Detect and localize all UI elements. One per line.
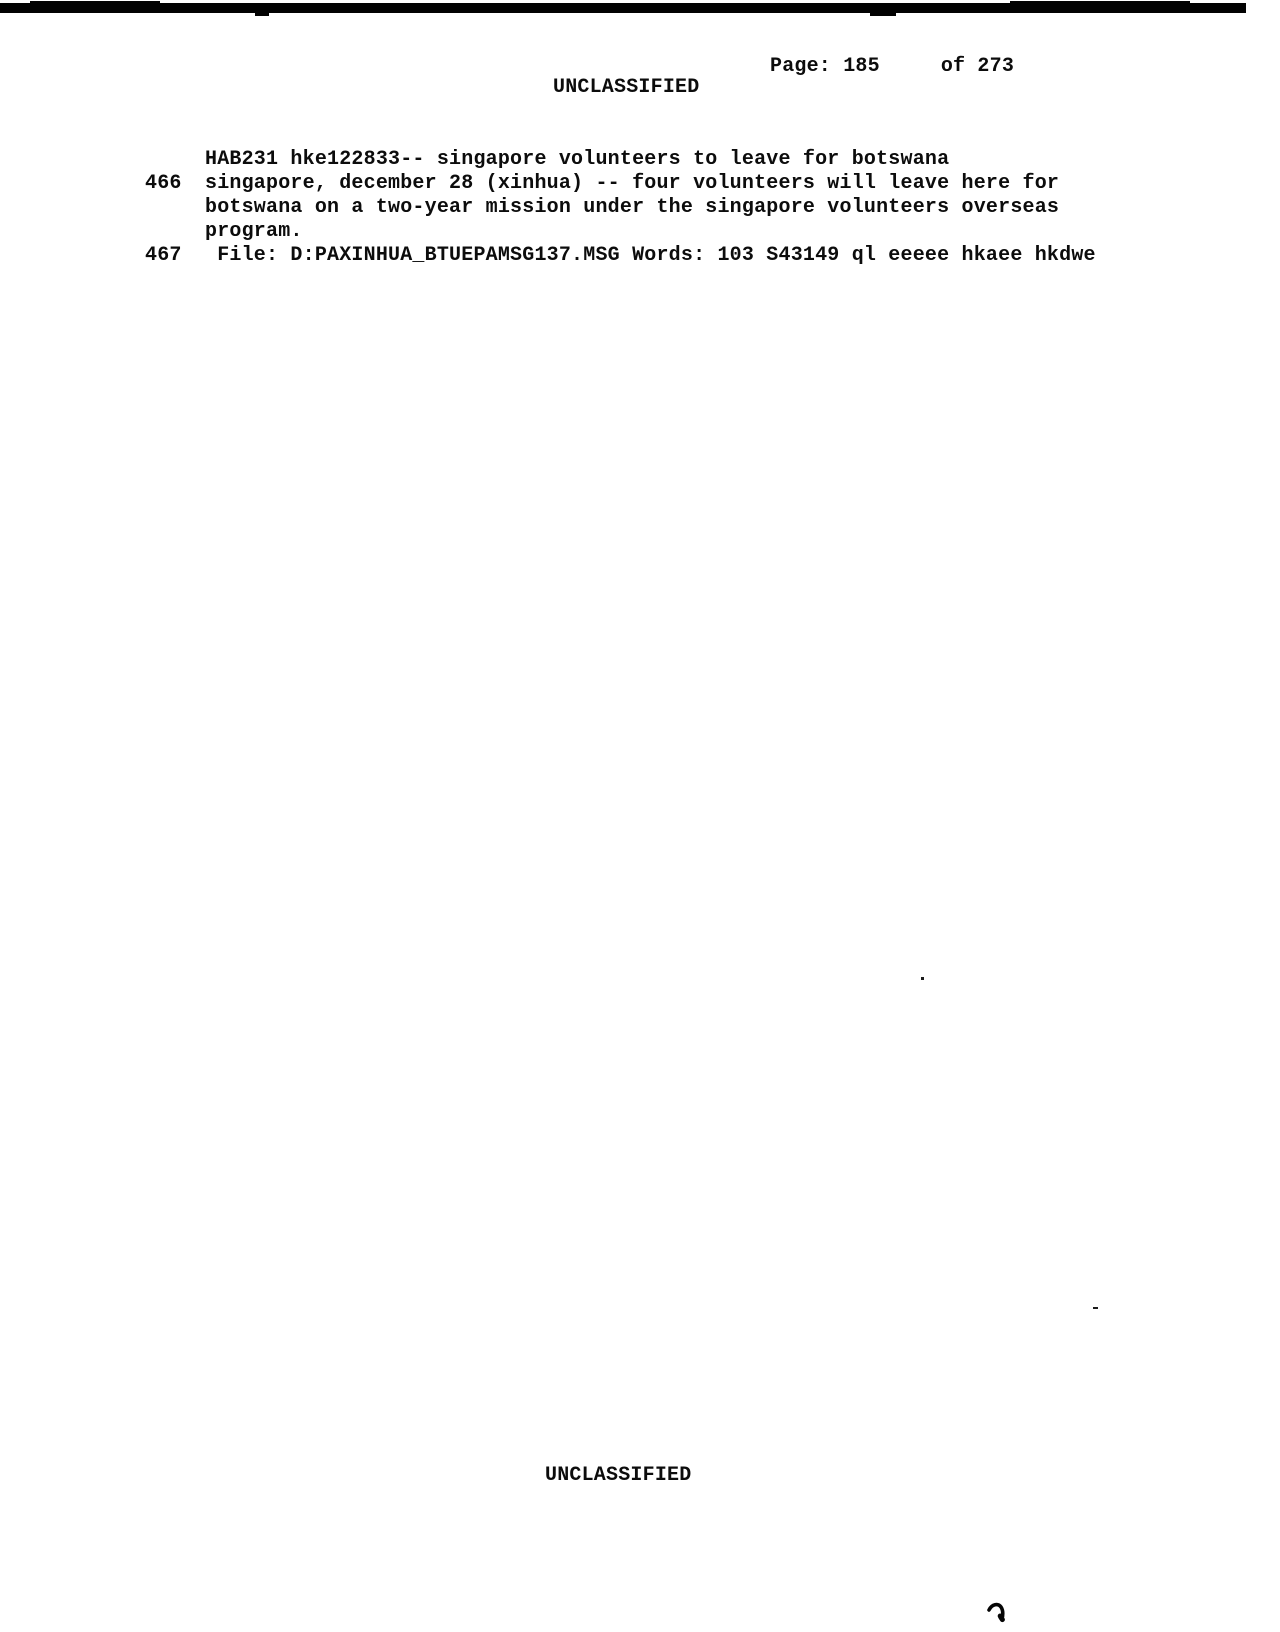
text-line: 466 singapore, december 28 (xinhua) -- f… xyxy=(145,172,1096,196)
line-text: File: D:PAXINHUA_BTUEPAMSG137.MSG Words:… xyxy=(205,244,1096,268)
line-number: 466 xyxy=(145,172,205,196)
redaction-bar-fragment xyxy=(870,13,896,16)
text-line: program. xyxy=(145,220,1096,244)
scan-speck xyxy=(921,977,924,980)
line-number xyxy=(145,148,205,172)
top-redaction-bar xyxy=(0,3,1246,13)
page-number-label: Page: 185 of 273 xyxy=(770,55,1014,78)
classification-footer: UNCLASSIFIED xyxy=(545,1464,691,1487)
pen-stroke-mark xyxy=(987,1601,1011,1623)
line-text: singapore, december 28 (xinhua) -- four … xyxy=(205,172,1059,196)
text-line: botswana on a two-year mission under the… xyxy=(145,196,1096,220)
line-text: program. xyxy=(205,220,303,244)
document-text-block: HAB231 hke122833-- singapore volunteers … xyxy=(145,148,1096,268)
text-line: HAB231 hke122833-- singapore volunteers … xyxy=(145,148,1096,172)
redaction-bar-fragment xyxy=(255,13,269,16)
redaction-bar-fragment xyxy=(1010,1,1190,4)
text-line: 467 File: D:PAXINHUA_BTUEPAMSG137.MSG Wo… xyxy=(145,244,1096,268)
document-page: Page: 185 of 273 UNCLASSIFIED HAB231 hke… xyxy=(0,0,1280,1632)
line-number: 467 xyxy=(145,244,205,268)
redaction-bar-fragment xyxy=(30,1,160,4)
line-text: HAB231 hke122833-- singapore volunteers … xyxy=(205,148,949,172)
classification-header: UNCLASSIFIED xyxy=(553,76,699,99)
line-text: botswana on a two-year mission under the… xyxy=(205,196,1059,220)
line-number xyxy=(145,196,205,220)
line-number xyxy=(145,220,205,244)
scan-speck xyxy=(1093,1307,1098,1309)
